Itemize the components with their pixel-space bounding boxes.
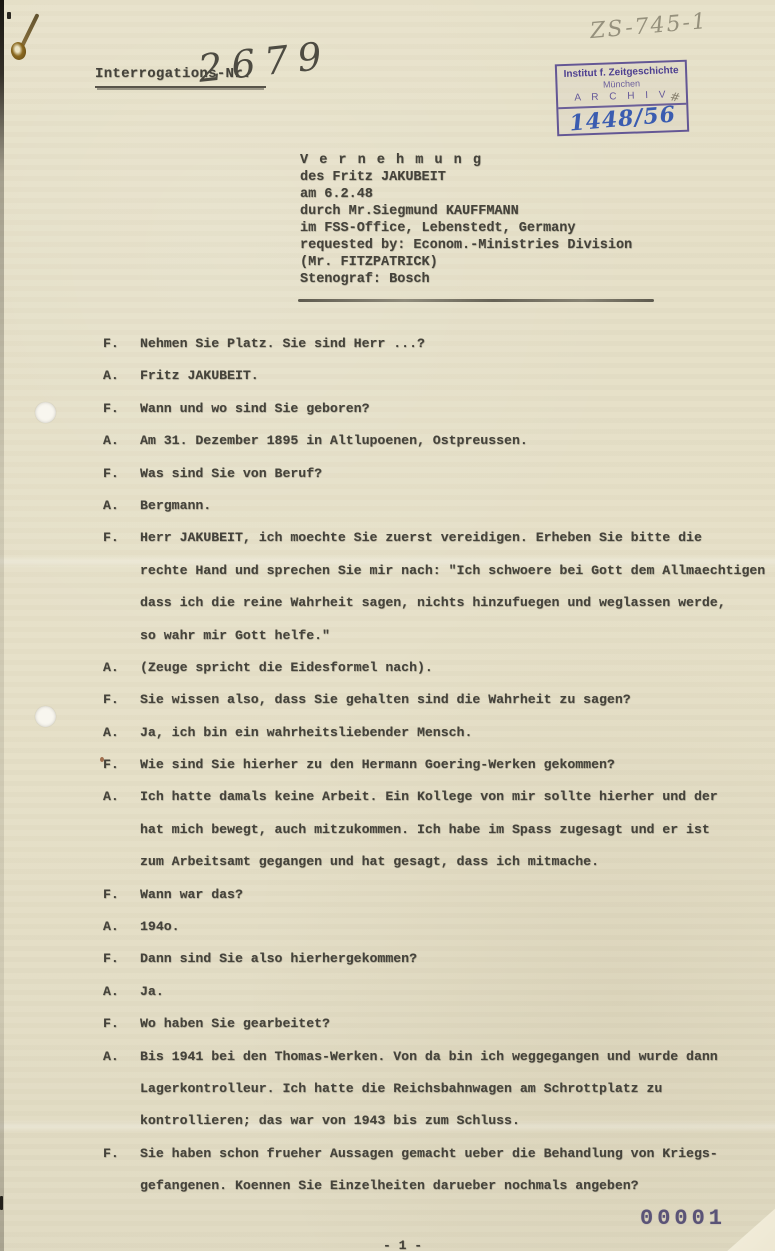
- line-text: Nehmen Sie Platz. Sie sind Herr ...?: [140, 336, 771, 351]
- speaker-label: A.: [103, 919, 140, 934]
- page-number-stamp: 00001: [640, 1206, 726, 1231]
- line-text: dass ich die reine Wahrheit sagen, nicht…: [140, 595, 771, 610]
- line-text: so wahr mir Gott helfe.": [140, 628, 771, 643]
- transcript-line: A. Ich hatte damals keine Arbeit. Ein Ko…: [103, 789, 771, 821]
- speaker-label: F.: [103, 530, 140, 545]
- transcript-line: Lagerkontrolleur. Ich hatte die Reichsba…: [103, 1081, 771, 1113]
- line-text: gefangenen. Koennen Sie Einzelheiten dar…: [140, 1178, 771, 1193]
- line-text: Lagerkontrolleur. Ich hatte die Reichsba…: [140, 1081, 771, 1096]
- line-text: Am 31. Dezember 1895 in Altlupoenen, Ost…: [140, 433, 771, 448]
- line-text: Sie haben schon frueher Aussagen gemacht…: [140, 1146, 771, 1161]
- scanned-document-page: ZS-745-1 Interrogations-Nr. 2679 Institu…: [0, 0, 775, 1251]
- speaker-label: F.: [103, 951, 140, 966]
- line-text: Bergmann.: [140, 498, 771, 513]
- header-line: (Mr. FITZPATRICK): [300, 254, 632, 271]
- speaker-label: A.: [103, 498, 140, 513]
- speaker-label: F.: [103, 336, 140, 351]
- archive-stamp: Institut f. Zeitgeschichte München A R C…: [555, 60, 689, 137]
- header-line: am 6.2.48: [300, 186, 632, 203]
- page-corner-fold: [725, 1207, 775, 1251]
- line-text: Ich hatte damals keine Arbeit. Ein Kolle…: [140, 789, 771, 804]
- paper-speck: [100, 757, 104, 762]
- speaker-label: F.: [103, 1146, 140, 1161]
- line-text: rechte Hand und sprechen Sie mir nach: "…: [140, 563, 771, 578]
- speaker-label: A.: [103, 725, 140, 740]
- transcript-line: F. Sie haben schon frueher Aussagen gema…: [103, 1146, 771, 1178]
- punch-hole: [35, 706, 56, 727]
- line-text: Was sind Sie von Beruf?: [140, 466, 771, 481]
- transcript-line: hat mich bewegt, auch mitzukommen. Ich h…: [103, 822, 771, 854]
- line-text: Wann und wo sind Sie geboren?: [140, 401, 771, 416]
- speaker-label: F.: [103, 1016, 140, 1031]
- transcript-line: A. Ja, ich bin ein wahrheitsliebender Me…: [103, 725, 771, 757]
- line-text: Wo haben Sie gearbeitet?: [140, 1016, 771, 1031]
- line-text: Sie wissen also, dass Sie gehalten sind …: [140, 692, 771, 707]
- line-text: 194o.: [140, 919, 771, 934]
- speaker-label: F.: [103, 757, 140, 772]
- transcript-line: A. Bis 1941 bei den Thomas-Werken. Von d…: [103, 1049, 771, 1081]
- transcript-line: F. Sie wissen also, dass Sie gehalten si…: [103, 692, 771, 724]
- transcript-line: dass ich die reine Wahrheit sagen, nicht…: [103, 595, 771, 627]
- transcript-line: A. Am 31. Dezember 1895 in Altlupoenen, …: [103, 433, 771, 465]
- header-line: im FSS-Office, Lebenstedt, Germany: [300, 220, 632, 237]
- transcript-line: kontrollieren; das war von 1943 bis zum …: [103, 1113, 771, 1145]
- transcript-line: A. (Zeuge spricht die Eidesformel nach).: [103, 660, 771, 692]
- archival-reference-handwritten: ZS-745-1: [589, 9, 709, 44]
- scan-edge-shadow: [0, 0, 4, 1251]
- transcript: F. Nehmen Sie Platz. Sie sind Herr ...? …: [103, 336, 771, 1211]
- transcript-line: F. Was sind Sie von Beruf?: [103, 466, 771, 498]
- transcript-line: F. Wann und wo sind Sie geboren?: [103, 401, 771, 433]
- line-text: Ja, ich bin ein wahrheitsliebender Mensc…: [140, 725, 771, 740]
- line-text: Fritz JAKUBEIT.: [140, 368, 771, 383]
- scan-edge-mark: [0, 1196, 3, 1210]
- header-line: des Fritz JAKUBEIT: [300, 169, 632, 186]
- speaker-label: F.: [103, 466, 140, 481]
- transcript-line: F. Nehmen Sie Platz. Sie sind Herr ...?: [103, 336, 771, 368]
- speaker-label: F.: [103, 692, 140, 707]
- line-text: Ja.: [140, 984, 771, 999]
- transcript-line: F. Wie sind Sie hierher zu den Hermann G…: [103, 757, 771, 789]
- line-text: zum Arbeitsamt gegangen und hat gesagt, …: [140, 854, 771, 869]
- speaker-label: A.: [103, 789, 140, 804]
- transcript-line: A. Ja.: [103, 984, 771, 1016]
- punch-hole: [35, 402, 56, 423]
- transcript-line: F. Dann sind Sie also hierhergekommen?: [103, 951, 771, 983]
- line-text: Wann war das?: [140, 887, 771, 902]
- line-text: (Zeuge spricht die Eidesformel nach).: [140, 660, 771, 675]
- speaker-label: F.: [103, 401, 140, 416]
- transcript-line: so wahr mir Gott helfe.": [103, 628, 771, 660]
- transcript-line: F. Wo haben Sie gearbeitet?: [103, 1016, 771, 1048]
- header-line: requested by: Econom.-Ministries Divisio…: [300, 237, 632, 254]
- transcript-line: A. Fritz JAKUBEIT.: [103, 368, 771, 400]
- page-footer-number: - 1 -: [383, 1238, 422, 1251]
- line-text: kontrollieren; das war von 1943 bis zum …: [140, 1113, 771, 1128]
- speaker-label: A.: [103, 1049, 140, 1064]
- header-divider-line: [298, 299, 654, 302]
- header-line: durch Mr.Siegmund KAUFFMANN: [300, 203, 632, 220]
- ink-speck: [7, 12, 11, 19]
- line-text: Herr JAKUBEIT, ich moechte Sie zuerst ve…: [140, 530, 771, 545]
- line-text: Dann sind Sie also hierhergekommen?: [140, 951, 771, 966]
- header-line: V e r n e h m u n g: [300, 152, 632, 169]
- interrogation-number-handwritten: 2679: [196, 33, 333, 91]
- speaker-label: A.: [103, 368, 140, 383]
- speaker-label: A.: [103, 660, 140, 675]
- transcript-line: A. 194o.: [103, 919, 771, 951]
- line-text: Bis 1941 bei den Thomas-Werken. Von da b…: [140, 1049, 771, 1064]
- speaker-label: F.: [103, 887, 140, 902]
- transcript-line: rechte Hand und sprechen Sie mir nach: "…: [103, 563, 771, 595]
- document-header: V e r n e h m u n gdes Fritz JAKUBEITam …: [300, 152, 632, 288]
- transcript-line: F. Herr JAKUBEIT, ich moechte Sie zuerst…: [103, 530, 771, 562]
- transcript-line: A. Bergmann.: [103, 498, 771, 530]
- speaker-label: A.: [103, 984, 140, 999]
- transcript-line: F. Wann war das?: [103, 887, 771, 919]
- line-text: hat mich bewegt, auch mitzukommen. Ich h…: [140, 822, 771, 837]
- header-line: Stenograf: Bosch: [300, 271, 632, 288]
- transcript-line: zum Arbeitsamt gegangen und hat gesagt, …: [103, 854, 771, 886]
- speaker-label: A.: [103, 433, 140, 448]
- line-text: Wie sind Sie hierher zu den Hermann Goer…: [140, 757, 771, 772]
